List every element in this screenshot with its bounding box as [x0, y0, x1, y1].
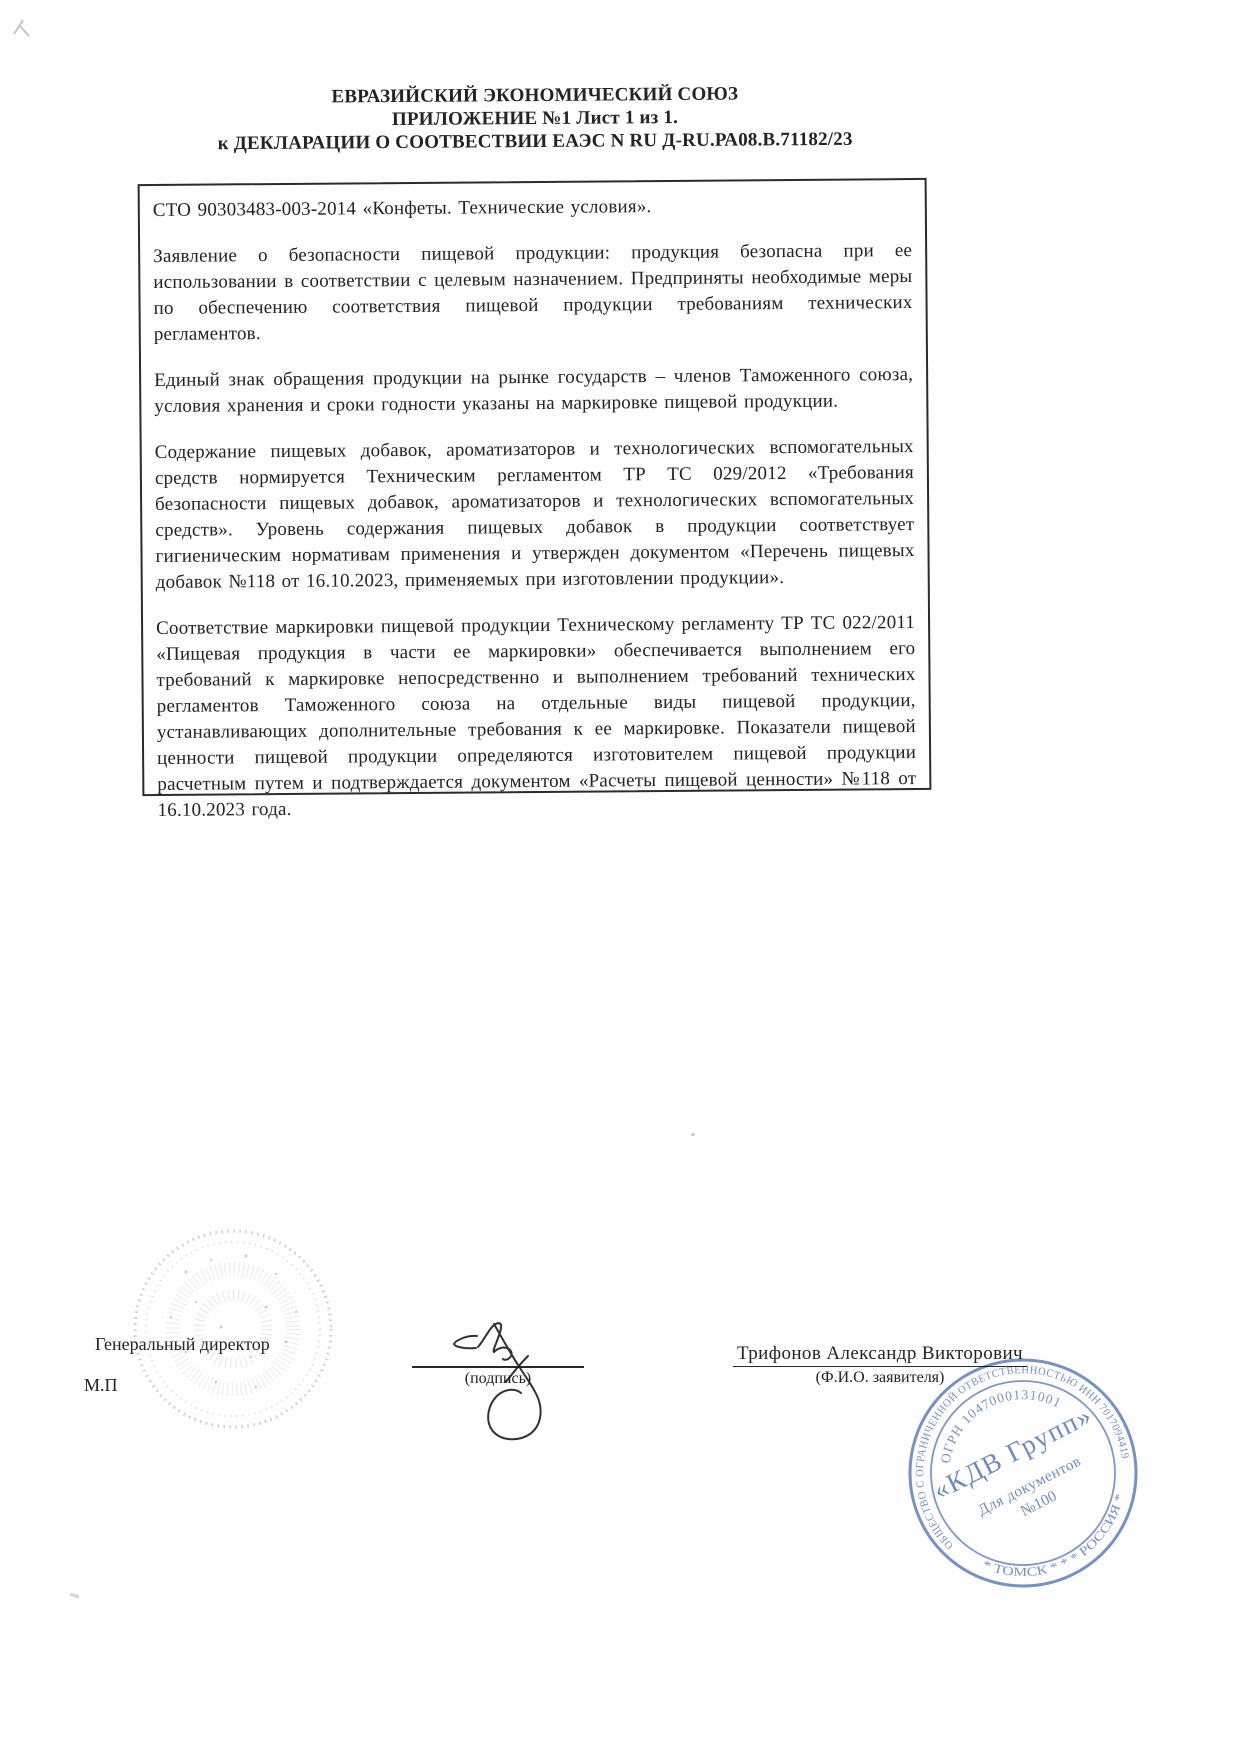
seal-place-label: М.П — [84, 1375, 118, 1396]
director-role-label: Генеральный директор — [95, 1334, 270, 1355]
paragraph-labeling: Соответствие маркировки пищевой продукци… — [156, 610, 917, 824]
paragraph-additives: Содержание пищевых добавок, ароматизатор… — [155, 434, 915, 596]
scan-dot-artifact — [691, 1133, 695, 1136]
faint-round-stamp — [126, 1222, 341, 1437]
paragraph-standard: СТО 90303483-003-2014 «Конфеты. Техничес… — [153, 192, 912, 224]
paragraph-circulation-mark: Единый знак обращения продукции на рынке… — [154, 362, 913, 420]
handwritten-signature — [360, 1318, 590, 1453]
header-declaration-line: к ДЕКЛАРАЦИИ О СООТВЕСТВИИ ЕАЭС N RU Д-R… — [140, 127, 930, 156]
scan-dash-artifact — [70, 1593, 79, 1599]
declaration-box: СТО 90303483-003-2014 «Конфеты. Техничес… — [138, 178, 932, 796]
paragraph-safety-statement: Заявление о безопасности пищевой продукц… — [153, 238, 913, 348]
scan-artifact-mark — [10, 14, 40, 44]
scanned-document-page: ЕВРАЗИЙСКИЙ ЭКОНОМИЧЕСКИЙ СОЮЗ ПРИЛОЖЕНИ… — [0, 0, 1240, 1754]
document-header: ЕВРАЗИЙСКИЙ ЭКОНОМИЧЕСКИЙ СОЮЗ ПРИЛОЖЕНИ… — [140, 81, 930, 156]
